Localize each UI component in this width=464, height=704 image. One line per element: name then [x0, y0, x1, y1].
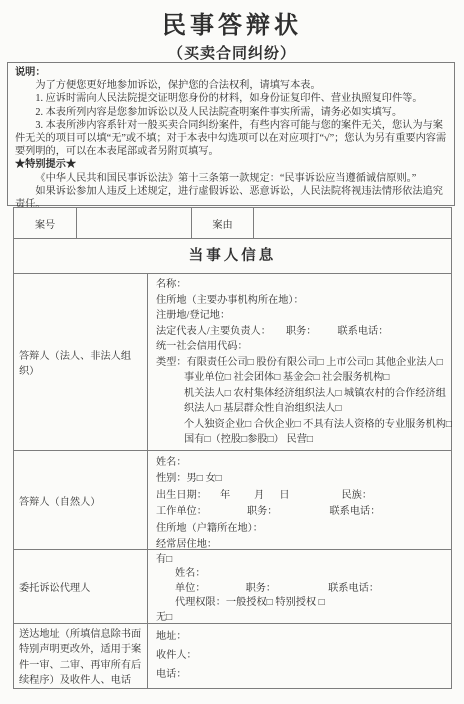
nat-duty-label: 职务：: [247, 506, 278, 517]
corporate-respondent-row: 答辩人（法人、非法人组织） 名称： 住所地（主要办事机构所在地）： 注册地/登记…: [14, 273, 451, 450]
instruction-item-3: 3. 本表所涉内容系针对一般买卖合同纠纷案件，有些内容可能与您的案件无关，您认为…: [15, 119, 447, 159]
cause-of-action-value-cell: [253, 208, 451, 238]
agent-has-checkbox-line: 有□: [156, 553, 445, 567]
nat-name-field: 姓名：: [156, 454, 445, 470]
corporate-respondent-label: 答辩人（法人、非法人组织）: [14, 274, 147, 450]
page-title: 民事答辩状: [0, 0, 464, 40]
agent-authority-line: 代理权限：一般授权□ 特别授权 □: [156, 596, 445, 610]
case-number-value-cell: [76, 208, 191, 238]
svc-recipient-field: 收件人：: [156, 646, 445, 665]
natural-respondent-fields: 姓名： 性别：男□ 女□ 出生日期：年月日民族： 工作单位：职务：联系电话： 住…: [147, 451, 451, 549]
corp-type-options-1: 有限责任公司□ 股份有限公司□ 上市公司□ 其他企业法人□: [187, 355, 443, 371]
corp-type-label: 类型：: [156, 355, 187, 371]
nat-gender-field: 性别：男□ 女□: [156, 470, 445, 486]
nat-birth-line: 出生日期：年月日民族：: [156, 487, 445, 503]
form-document: 民事答辩状 （买卖合同纠纷） 说明： 为了方便您更好地参加诉讼，保护您的合法权利…: [0, 0, 464, 704]
agent-duty-label: 职务：: [246, 583, 277, 594]
nat-domicile-field: 住所地（户籍所在地）：: [156, 520, 445, 536]
litigation-agent-row: 委托诉讼代理人 有□ 姓名： 单位：职务：联系电话： 代理权限：一般授权□ 特别…: [14, 549, 451, 623]
corp-duty-label: 职务：: [286, 326, 317, 337]
special-tip-heading: ★特别提示★: [15, 158, 447, 171]
instruction-item-2: 2. 本表所列内容是您参加诉讼以及人民法院查明案件事实所需，请务必如实填写。: [15, 106, 447, 119]
corp-type-line-2: 事业单位□ 社会团体□ 基金会□ 社会服务机构□: [156, 370, 452, 386]
litigation-agent-label: 委托诉讼代理人: [14, 550, 147, 623]
corp-type-line-5: 国有□（控股□参股□） 民营□: [156, 432, 452, 448]
page-subtitle: （买卖合同纠纷）: [0, 42, 464, 63]
nat-employer-label: 工作单位：: [156, 506, 207, 517]
svc-address-field: 地址：: [156, 627, 445, 646]
nat-ethnicity-label: 民族：: [342, 490, 373, 501]
case-number-row: 案号 案由: [14, 208, 451, 238]
corp-domicile-field: 住所地（主要办事机构所在地）：: [156, 293, 452, 309]
corp-type-line-4: 个人独资企业□ 合伙企业□ 不具有法人资格的专业服务机构□: [156, 417, 452, 433]
instruction-item-1: 1. 应诉时需向人民法院提交证明您身份的材料，如身份证复印件、营业执照复印件等。: [15, 92, 447, 105]
agent-name-field: 姓名：: [156, 567, 445, 581]
corp-legal-rep-line: 法定代表人/主要负责人：职务：联系电话：: [156, 324, 452, 340]
nat-work-line: 工作单位：职务：联系电话：: [156, 503, 445, 519]
agent-none-checkbox-line: 无□: [156, 611, 445, 625]
corp-credit-code-field: 统一社会信用代码：: [156, 339, 452, 355]
nat-month-label: 月: [254, 490, 264, 501]
nat-year-label: 年: [220, 490, 230, 501]
corporate-respondent-fields: 名称： 住所地（主要办事机构所在地）： 注册地/登记地： 法定代表人/主要负责人…: [147, 274, 458, 450]
svc-phone-field: 电话：: [156, 665, 445, 684]
nat-birth-label: 出生日期：: [156, 490, 207, 501]
agent-unit-label: 单位：: [175, 583, 206, 594]
party-info-table: 案号 案由 当事人信息 答辩人（法人、非法人组织） 名称： 住所地（主要办事机构…: [13, 207, 452, 689]
instructions-box: 说明： 为了方便您更好地参加诉讼，保护您的合法权利，请填写本表。 1. 应诉时需…: [7, 62, 455, 206]
corp-legal-rep-label: 法定代表人/主要负责人：: [156, 326, 271, 337]
corp-type-line-3: 机关法人□ 农村集体经济组织法人□ 城镇农村的合作经济组织法人□ 基层群众性自治…: [156, 386, 452, 417]
natural-respondent-label: 答辩人（自然人）: [14, 451, 147, 549]
corp-name-field: 名称：: [156, 277, 452, 293]
corp-registration-field: 注册地/登记地：: [156, 308, 452, 324]
case-number-label: 案号: [14, 208, 76, 238]
agent-phone-label: 联系电话：: [328, 583, 379, 594]
natural-respondent-row: 答辩人（自然人） 姓名： 性别：男□ 女□ 出生日期：年月日民族： 工作单位：职…: [14, 450, 451, 549]
corp-phone-label: 联系电话：: [337, 326, 388, 337]
nat-day-label: 日: [279, 490, 289, 501]
corp-type-line-1: 类型：有限责任公司□ 股份有限公司□ 上市公司□ 其他企业法人□: [156, 355, 452, 371]
party-info-section-header: 当事人信息: [14, 238, 451, 273]
agent-unit-line: 单位：职务：联系电话：: [156, 582, 445, 596]
cause-of-action-label: 案由: [191, 208, 253, 238]
instructions-heading: 说明：: [15, 66, 447, 79]
instructions-intro: 为了方便您更好地参加诉讼，保护您的合法权利，请填写本表。: [15, 79, 447, 92]
special-tip-1: 《中华人民共和国民事诉讼法》第十三条第一款规定：“民事诉讼应当遵循诚信原则。”: [15, 172, 447, 185]
service-address-row: 送达地址（所填信息除书面特别声明更改外，适用于案件一审、二审、再审所有后续程序）…: [14, 623, 451, 688]
litigation-agent-fields: 有□ 姓名： 单位：职务：联系电话： 代理权限：一般授权□ 特别授权 □ 无□: [147, 550, 451, 623]
service-address-fields: 地址： 收件人： 电话：: [147, 624, 451, 688]
nat-phone-label: 联系电话：: [330, 506, 381, 517]
service-address-label: 送达地址（所填信息除书面特别声明更改外，适用于案件一审、二审、再审所有后续程序）…: [14, 624, 147, 688]
